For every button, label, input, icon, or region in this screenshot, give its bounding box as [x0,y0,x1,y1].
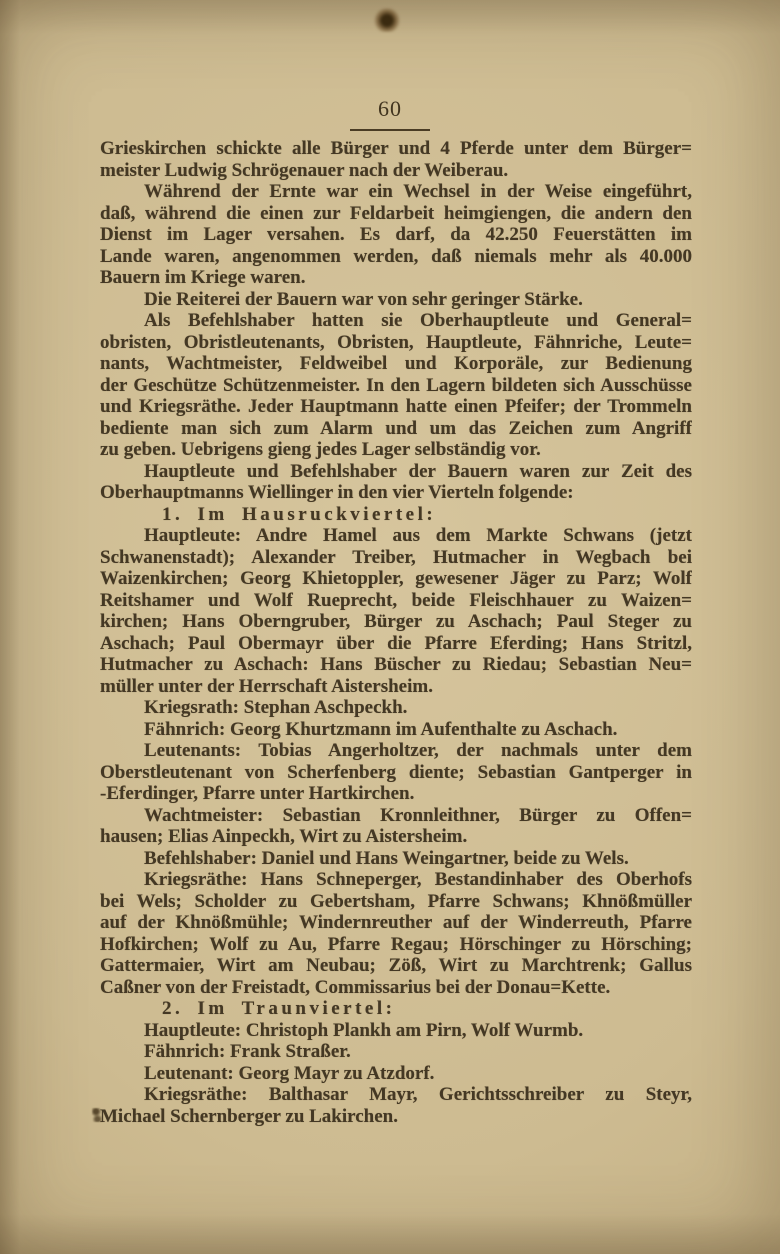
paragraph: Fähnrich: Frank Straßer. [100,1041,692,1063]
text-line: meister Ludwig Schrögenauer nach der Wei… [100,160,692,182]
text-line: Kriegsrath: Stephan Aschpeckh. [100,697,692,719]
text-line: bediente man sich zum Alarm und um das Z… [100,418,692,440]
paragraph: Als Befehlshaber hatten sie Oberhauptleu… [100,310,692,461]
section-heading-line: 2. Im Traunviertel: [100,998,692,1020]
text-line: Wachtmeister: Sebastian Kronnleithner, B… [100,805,692,827]
text-line: Reitshamer und Wolf Rueprecht, beide Fle… [100,590,692,612]
text-line: Kriegsräthe: Hans Schneperger, Bestandin… [100,869,692,891]
text-line: müller unter der Herrschaft Aistersheim. [100,676,692,698]
text-line: kirchen; Hans Oberngruber, Bürger zu Asc… [100,611,692,633]
text-line: Die Reiterei der Bauern war von sehr ger… [100,289,692,311]
text-line: der Geschütze Schützenmeister. In den La… [100,375,692,397]
text-line: Gattermaier, Wirt am Neubau; Zöß, Wirt z… [100,955,692,977]
text-line: Schwanenstadt); Alexander Treiber, Hutma… [100,547,692,569]
text-line: Oberhauptmanns Wiellinger in den vier Vi… [100,482,692,504]
text-line: Befehlshaber: Daniel und Hans Weingartne… [100,848,692,870]
text-line: zu geben. Uebrigens gieng jedes Lager se… [100,439,692,461]
page-number: 60 [0,96,780,122]
ink-stain [374,8,400,32]
paragraph: Leutenant: Georg Mayr zu Atzdorf. [100,1063,692,1085]
text-line: hausen; Elias Ainpeckh, Wirt zu Aistersh… [100,826,692,848]
paragraph: Befehlshaber: Daniel und Hans Weingartne… [100,848,692,870]
text-line: Oberstleutenant von Scherfenberg diente;… [100,762,692,784]
section-heading: 1. Im Hausruckviertel: [100,504,692,526]
scanned-book-page: 60 Grieskirchen schickte alle Bürger und… [0,0,780,1254]
text-line: Waizenkirchen; Georg Khietoppler, gewese… [100,568,692,590]
text-line: obristen, Obristleutenants, Obristen, Ha… [100,332,692,354]
text-line: auf der Khnößmühle; Windernreuther auf d… [100,912,692,934]
paragraph: Leutenants: Tobias Angerholtzer, der nac… [100,740,692,805]
text-line: Während der Ernte war ein Wechsel in der… [100,181,692,203]
text-line: Lande waren, angenommen werden, daß niem… [100,246,692,268]
text-line: -Eferdinger, Pfarre unter Hartkirchen. [100,783,692,805]
paragraph: Grieskirchen schickte alle Bürger und 4 … [100,138,692,181]
text-line: Caßner von der Freistadt, Commissarius b… [100,977,692,999]
paragraph: Kriegsräthe: Hans Schneperger, Bestandin… [100,869,692,998]
paragraph: Die Reiterei der Bauern war von sehr ger… [100,289,692,311]
text-line: Aschach; Paul Obermayr über die Pfarre E… [100,633,692,655]
text-line: Dienst im Lager versahen. Es darf, da 42… [100,224,692,246]
text-line: daß, während die einen zur Feldarbeit he… [100,203,692,225]
text-line: Hauptleute: Andre Hamel aus dem Markte S… [100,525,692,547]
text-line: Kriegsräthe: Balthasar Mayr, Gerichtssch… [100,1084,692,1106]
text-block: Grieskirchen schickte alle Bürger und 4 … [100,138,692,1127]
text-line: Hauptleute: Christoph Plankh am Pirn, Wo… [100,1020,692,1042]
paragraph: Während der Ernte war ein Wechsel in der… [100,181,692,289]
text-line: Hofkirchen; Wolf zu Au, Pfarre Regau; Hö… [100,934,692,956]
text-line: Michael Schernberger zu Lakirchen. [100,1106,692,1128]
text-line: nants, Wachtmeister, Feldweibel und Korp… [100,353,692,375]
paragraph: Wachtmeister: Sebastian Kronnleithner, B… [100,805,692,848]
section-heading: 2. Im Traunviertel: [100,998,692,1020]
text-line: Fähnrich: Frank Straßer. [100,1041,692,1063]
print-smudge [92,1108,102,1122]
paragraph: Hauptleute: Andre Hamel aus dem Markte S… [100,525,692,697]
paragraph: Kriegsrath: Stephan Aschpeckh. [100,697,692,719]
paragraph: Hauptleute und Befehlshaber der Bauern w… [100,461,692,504]
text-line: Bauern im Kriege waren. [100,267,692,289]
paragraph: Kriegsräthe: Balthasar Mayr, Gerichtssch… [100,1084,692,1127]
text-line: Grieskirchen schickte alle Bürger und 4 … [100,138,692,160]
text-line: Fähnrich: Georg Khurtzmann im Aufenthalt… [100,719,692,741]
text-line: Hauptleute und Befehlshaber der Bauern w… [100,461,692,483]
text-line: Als Befehlshaber hatten sie Oberhauptleu… [100,310,692,332]
text-line: und Kriegsräthe. Jeder Hauptmann hatte e… [100,396,692,418]
text-line: Leutenant: Georg Mayr zu Atzdorf. [100,1063,692,1085]
paragraph: Fähnrich: Georg Khurtzmann im Aufenthalt… [100,719,692,741]
text-line: Leutenants: Tobias Angerholtzer, der nac… [100,740,692,762]
paragraph: Hauptleute: Christoph Plankh am Pirn, Wo… [100,1020,692,1042]
text-line: Hutmacher zu Aschach: Hans Büscher zu Ri… [100,654,692,676]
text-line: bei Wels; Scholder zu Gebertsham, Pfarre… [100,891,692,913]
page-number-rule [350,129,430,131]
section-heading-line: 1. Im Hausruckviertel: [100,504,692,526]
